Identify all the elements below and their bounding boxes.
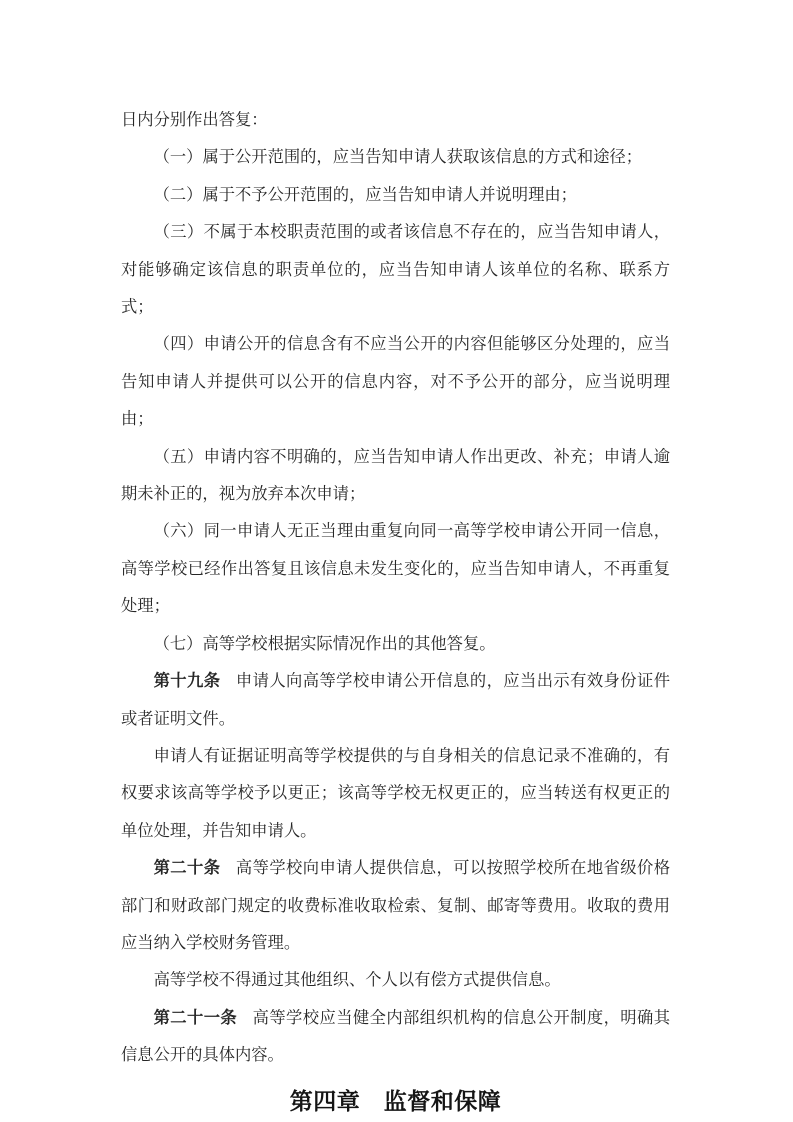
- list-item-paragraph: （七）高等学校根据实际情况作出的其他答复。: [121, 625, 670, 662]
- body-paragraph: 高等学校不得通过其他组织、个人以有偿方式提供信息。: [121, 961, 670, 998]
- list-item-paragraph: （三）不属于本校职责范围的或者该信息不存在的，应当告知申请人，对能够确定该信息的…: [121, 213, 670, 325]
- list-item-paragraph: （一）属于公开范围的，应当告知申请人获取该信息的方式和途径；: [121, 138, 670, 175]
- list-item-paragraph: （六）同一申请人无正当理由重复向同一高等学校申请公开同一信息，高等学校已经作出答…: [121, 512, 670, 624]
- document-content: 日内分别作出答复：（一）属于公开范围的，应当告知申请人获取该信息的方式和途径；（…: [121, 101, 670, 1119]
- chapter-heading: 第四章 监督和保障: [121, 1083, 670, 1119]
- list-item-paragraph: （五）申请内容不明确的，应当告知申请人作出更改、补充；申请人逾期未补正的，视为放…: [121, 438, 670, 513]
- article-number: 第十九条: [154, 671, 221, 690]
- article-number: 第二十条: [154, 858, 221, 877]
- body-paragraph: 申请人有证据证明高等学校提供的与自身相关的信息记录不准确的，有权要求该高等学校予…: [121, 737, 670, 849]
- body-paragraph: 日内分别作出答复：: [121, 101, 670, 138]
- document-page: 日内分别作出答复：（一）属于公开范围的，应当告知申请人获取该信息的方式和途径；（…: [0, 0, 793, 1122]
- article-paragraph: 第十九条申请人向高等学校申请公开信息的，应当出示有效身份证件或者证明文件。: [121, 662, 670, 737]
- article-paragraph: 第二十条高等学校向申请人提供信息，可以按照学校所在地省级价格部门和财政部门规定的…: [121, 849, 670, 961]
- article-paragraph: 第二十一条高等学校应当健全内部组织机构的信息公开制度，明确其信息公开的具体内容。: [121, 999, 670, 1074]
- list-item-paragraph: （二）属于不予公开范围的，应当告知申请人并说明理由；: [121, 176, 670, 213]
- article-number: 第二十一条: [154, 1008, 238, 1027]
- list-item-paragraph: （四）申请公开的信息含有不应当公开的内容但能够区分处理的，应当告知申请人并提供可…: [121, 325, 670, 437]
